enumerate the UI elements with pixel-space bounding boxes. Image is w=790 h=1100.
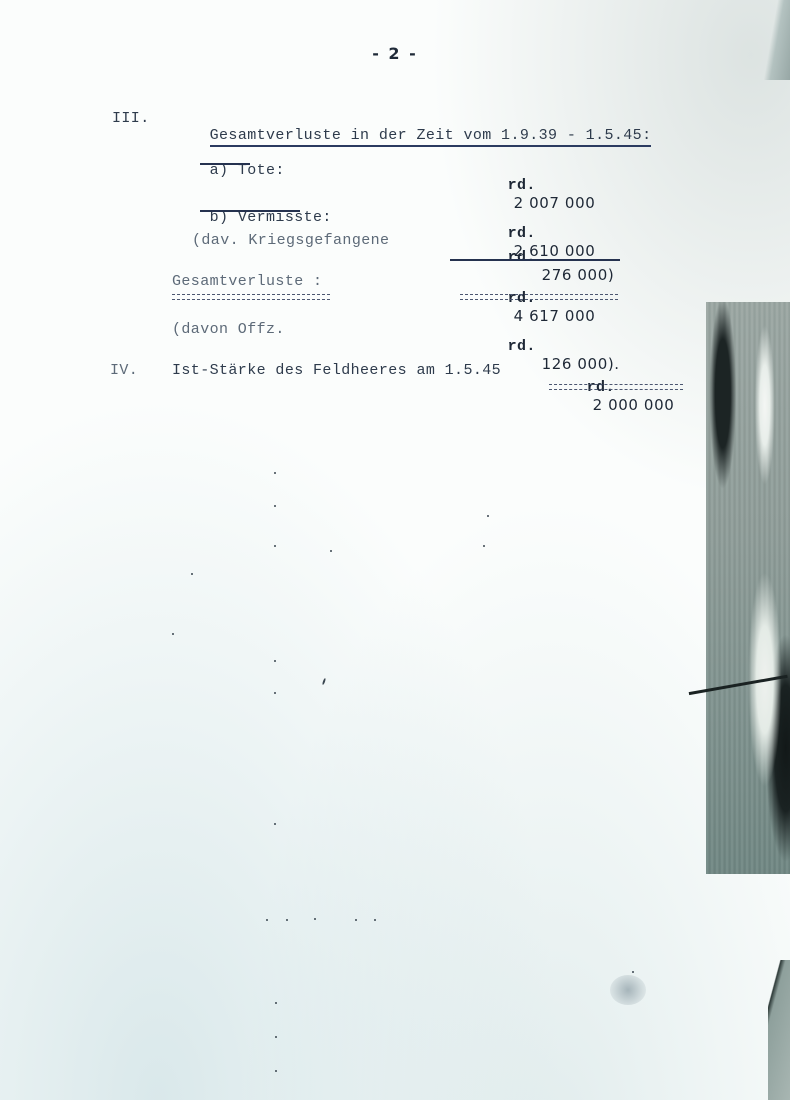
speck bbox=[355, 919, 357, 921]
total-value-double-underline bbox=[460, 294, 618, 300]
field-army-value: 2 000 000 bbox=[593, 396, 675, 414]
section-iii-numeral: III. bbox=[112, 110, 150, 127]
page-edge-shadow bbox=[768, 960, 790, 1100]
dead-label-underline bbox=[200, 163, 250, 165]
speck bbox=[483, 545, 485, 547]
field-army-double-underline bbox=[549, 384, 683, 390]
speck bbox=[487, 515, 489, 517]
speck bbox=[274, 823, 276, 825]
speck bbox=[274, 472, 276, 474]
speck bbox=[266, 919, 268, 921]
speck bbox=[314, 918, 316, 920]
speck bbox=[374, 919, 376, 921]
page-number: - 2 - bbox=[0, 44, 790, 63]
speck bbox=[274, 505, 276, 507]
speck bbox=[632, 971, 634, 973]
speck bbox=[275, 1002, 277, 1004]
page-corner-shadow bbox=[760, 0, 790, 80]
speck bbox=[172, 633, 174, 635]
dead-prefix: rd. bbox=[508, 177, 536, 194]
officers-label: (davon Offz. bbox=[172, 321, 285, 338]
adjacent-photo-strip bbox=[706, 302, 790, 874]
speck bbox=[330, 550, 332, 552]
ink-smudge bbox=[610, 975, 646, 1005]
total-label-double-underline bbox=[172, 294, 330, 300]
pow-prefix: rd. bbox=[508, 249, 536, 266]
pow-label: (dav. Kriegsgefangene bbox=[192, 232, 389, 249]
total-label: Gesamtverluste : bbox=[172, 273, 322, 290]
speck bbox=[274, 660, 276, 662]
speck bbox=[322, 678, 326, 685]
dead-label: a) Tote: bbox=[172, 145, 285, 196]
section-iv-numeral: IV. bbox=[110, 362, 138, 379]
officers-prefix: rd. bbox=[508, 338, 536, 355]
speck bbox=[191, 573, 193, 575]
field-army-value-row: rd. 2 000 000 bbox=[549, 362, 674, 432]
document-page: - 2 - III. Gesamtverluste in der Zeit vo… bbox=[0, 0, 790, 1100]
speck bbox=[274, 692, 276, 694]
speck bbox=[286, 919, 288, 921]
missing-label-underline bbox=[200, 210, 300, 212]
speck bbox=[275, 1036, 277, 1038]
section-iv-label: Ist-Stärke des Feldheeres am 1.5.45 bbox=[172, 362, 501, 379]
speck bbox=[274, 545, 276, 547]
speck bbox=[275, 1070, 277, 1072]
sum-rule bbox=[450, 259, 620, 261]
section-iii-heading-text: Gesamtverluste in der Zeit vom 1.9.39 - … bbox=[210, 127, 652, 147]
